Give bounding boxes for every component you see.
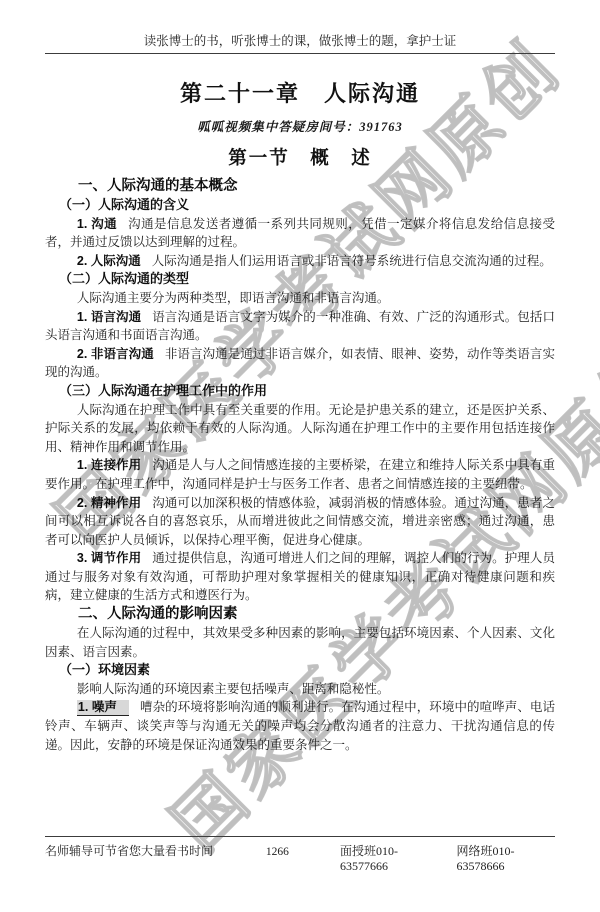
section-title: 第一节 概 述 — [0, 144, 600, 170]
paragraph: 人际沟通在护理工作中具有至关重要的作用。无论是护患关系的建立，还是医护关系、护际… — [45, 401, 555, 457]
heading-level2: （一）人际沟通的含义 — [45, 196, 555, 215]
paragraph: 人际沟通主要分为两种类型，即语言沟通和非语言沟通。 — [45, 289, 555, 308]
paragraph: 在人际沟通的过程中，其效果受多种因素的影响，主要包括环境因素、个人因素、文化因素… — [45, 624, 555, 661]
paragraph-label: 1. 语言沟通 — [77, 310, 141, 324]
paragraph-label: 2. 人际沟通 — [77, 254, 141, 268]
paragraph: 2. 人际沟通人际沟通是指人们运用语言或非语言符号系统进行信息交流沟通的过程。 — [45, 252, 555, 271]
paragraph-label: 2. 非语言沟通 — [77, 347, 154, 361]
paragraph-label: 3. 调节作用 — [77, 551, 141, 565]
paragraph-label: 1. 连接作用 — [77, 458, 141, 472]
chapter-title: 第二十一章 人际沟通 — [0, 77, 600, 108]
heading-level2: （三）人际沟通在护理工作中的作用 — [45, 382, 555, 401]
paragraph: 3. 调节作用通过提供信息，沟通可增进人们之间的理解，调控人们的行为。护理人员通… — [45, 549, 555, 605]
heading-level2: （二）人际沟通的类型 — [45, 270, 555, 289]
paragraph-label: 2. 精神作用 — [77, 496, 141, 510]
footer-note: 名师辅导可节省您大量看书时间 — [45, 842, 245, 859]
paragraph: 影响人际沟通的环境因素主要包括噪声、距离和隐秘性。 — [45, 680, 555, 699]
paragraph: 2. 精神作用沟通可以加深积极的情感体验，减弱消极的情感体验。通过沟通，患者之间… — [45, 494, 555, 550]
footer: 名师辅导可节省您大量看书时间 1266 面授班010-63577666 网络班0… — [45, 836, 555, 874]
paragraph-text: 人际沟通主要分为两种类型，即语言沟通和非语言沟通。 — [77, 291, 390, 305]
paragraph-label: 1. 沟通 — [77, 217, 117, 231]
paragraph: 1. 噪声嘈杂的环境将影响沟通的顺利进行。在沟通过程中，环境中的喧哗声、电话铃声… — [45, 698, 555, 754]
heading-level2: （一）环境因素 — [45, 661, 555, 680]
footer-phone-onsite: 面授班010-63577666 — [340, 842, 439, 874]
page-number: 1266 — [245, 846, 310, 858]
paragraph-text: 人际沟通是指人们运用语言或非语言符号系统进行信息交流沟通的过程。 — [152, 254, 552, 268]
paragraph-text: 人际沟通在护理工作中具有至关重要的作用。无论是护患关系的建立，还是医护关系、护际… — [45, 403, 555, 454]
document-page: 国家医学考试网原创 国家医学考试网原创 读张博士的书，听张博士的课，做张博士的题… — [0, 0, 600, 912]
paragraph: 1. 连接作用沟通是人与人之间情感连接的主要桥梁，在建立和维持人际关系中具有重要… — [45, 456, 555, 493]
heading-level1: 一、人际沟通的基本概念 — [45, 177, 555, 196]
highlighted-term: 1. 噪声 — [77, 700, 129, 716]
paragraph: 2. 非语言沟通非语言沟通是通过非语言媒介，如表情、眼神、姿势，动作等类语言实现… — [45, 345, 555, 382]
paragraph: 1. 语言沟通语言沟通是语言文字为媒介的一种准确、有效、广泛的沟通形式。包括口头… — [45, 308, 555, 345]
footer-phone-online: 网络班010-63578666 — [456, 842, 555, 874]
header-divider — [45, 53, 555, 54]
header-slogan: 读张博士的书，听张博士的课，做张博士的题，拿护士证 — [0, 0, 600, 49]
video-room-note: 呱呱视频集中答疑房间号：391763 — [0, 117, 600, 135]
heading-level1: 二、人际沟通的影响因素 — [45, 605, 555, 624]
paragraph-text: 影响人际沟通的环境因素主要包括噪声、距离和隐秘性。 — [77, 682, 390, 696]
paragraph: 1. 沟通沟通是信息发送者遵循一系列共同规则，凭借一定媒介将信息发给信息接受者，… — [45, 215, 555, 252]
body-content: 一、人际沟通的基本概念 （一）人际沟通的含义 1. 沟通沟通是信息发送者遵循一系… — [45, 177, 555, 754]
paragraph-text: 沟通是信息发送者遵循一系列共同规则，凭借一定媒介将信息发给信息接受者，并通过反馈… — [45, 217, 555, 250]
paragraph-text: 在人际沟通的过程中，其效果受多种因素的影响，主要包括环境因素、个人因素、文化因素… — [45, 626, 555, 659]
